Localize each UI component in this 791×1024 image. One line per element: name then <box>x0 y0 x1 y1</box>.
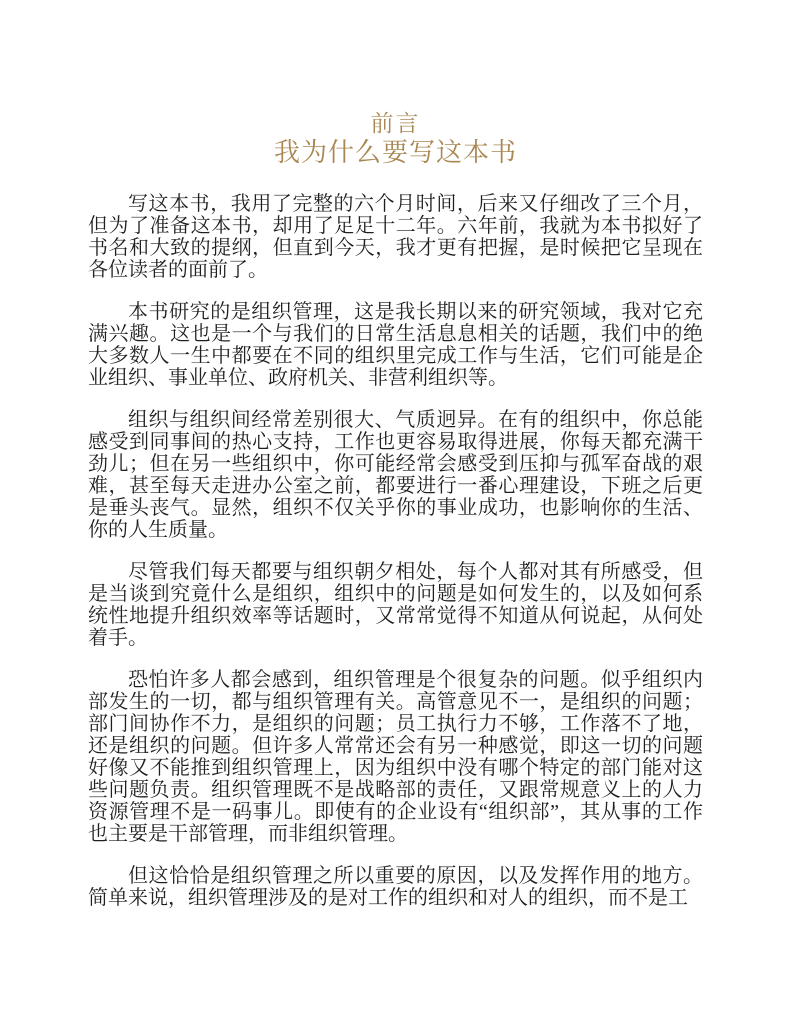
preface-subtitle: 我为什么要写这本书 <box>88 138 703 167</box>
preface-body: 写这本书，我用了完整的六个月时间，后来又仔细改了三个月，但为了准备这本书，却用了… <box>88 193 703 909</box>
preface-header: 前言 我为什么要写这本书 <box>88 110 703 167</box>
book-page: 前言 我为什么要写这本书 写这本书，我用了完整的六个月时间，后来又仔细改了三个月… <box>0 0 791 1024</box>
paragraph: 写这本书，我用了完整的六个月时间，后来又仔细改了三个月，但为了准备这本书，却用了… <box>88 193 703 281</box>
paragraph: 本书研究的是组织管理，这是我长期以来的研究领域，我对它充满兴趣。这也是一个与我们… <box>88 301 703 389</box>
paragraph: 但这恰恰是组织管理之所以重要的原因，以及发挥作用的地方。简单来说，组织管理涉及的… <box>88 865 703 909</box>
paragraph: 恐怕许多人都会感到，组织管理是个很复杂的问题。似乎组织内部发生的一切，都与组织管… <box>88 669 703 845</box>
paragraph: 尽管我们每天都要与组织朝夕相处，每个人都对其有所感受，但是当谈到究竟什么是组织，… <box>88 561 703 649</box>
paragraph: 组织与组织间经常差别很大、气质迥异。在有的组织中，你总能感受到同事间的热心支持，… <box>88 409 703 541</box>
preface-title: 前言 <box>88 110 703 138</box>
